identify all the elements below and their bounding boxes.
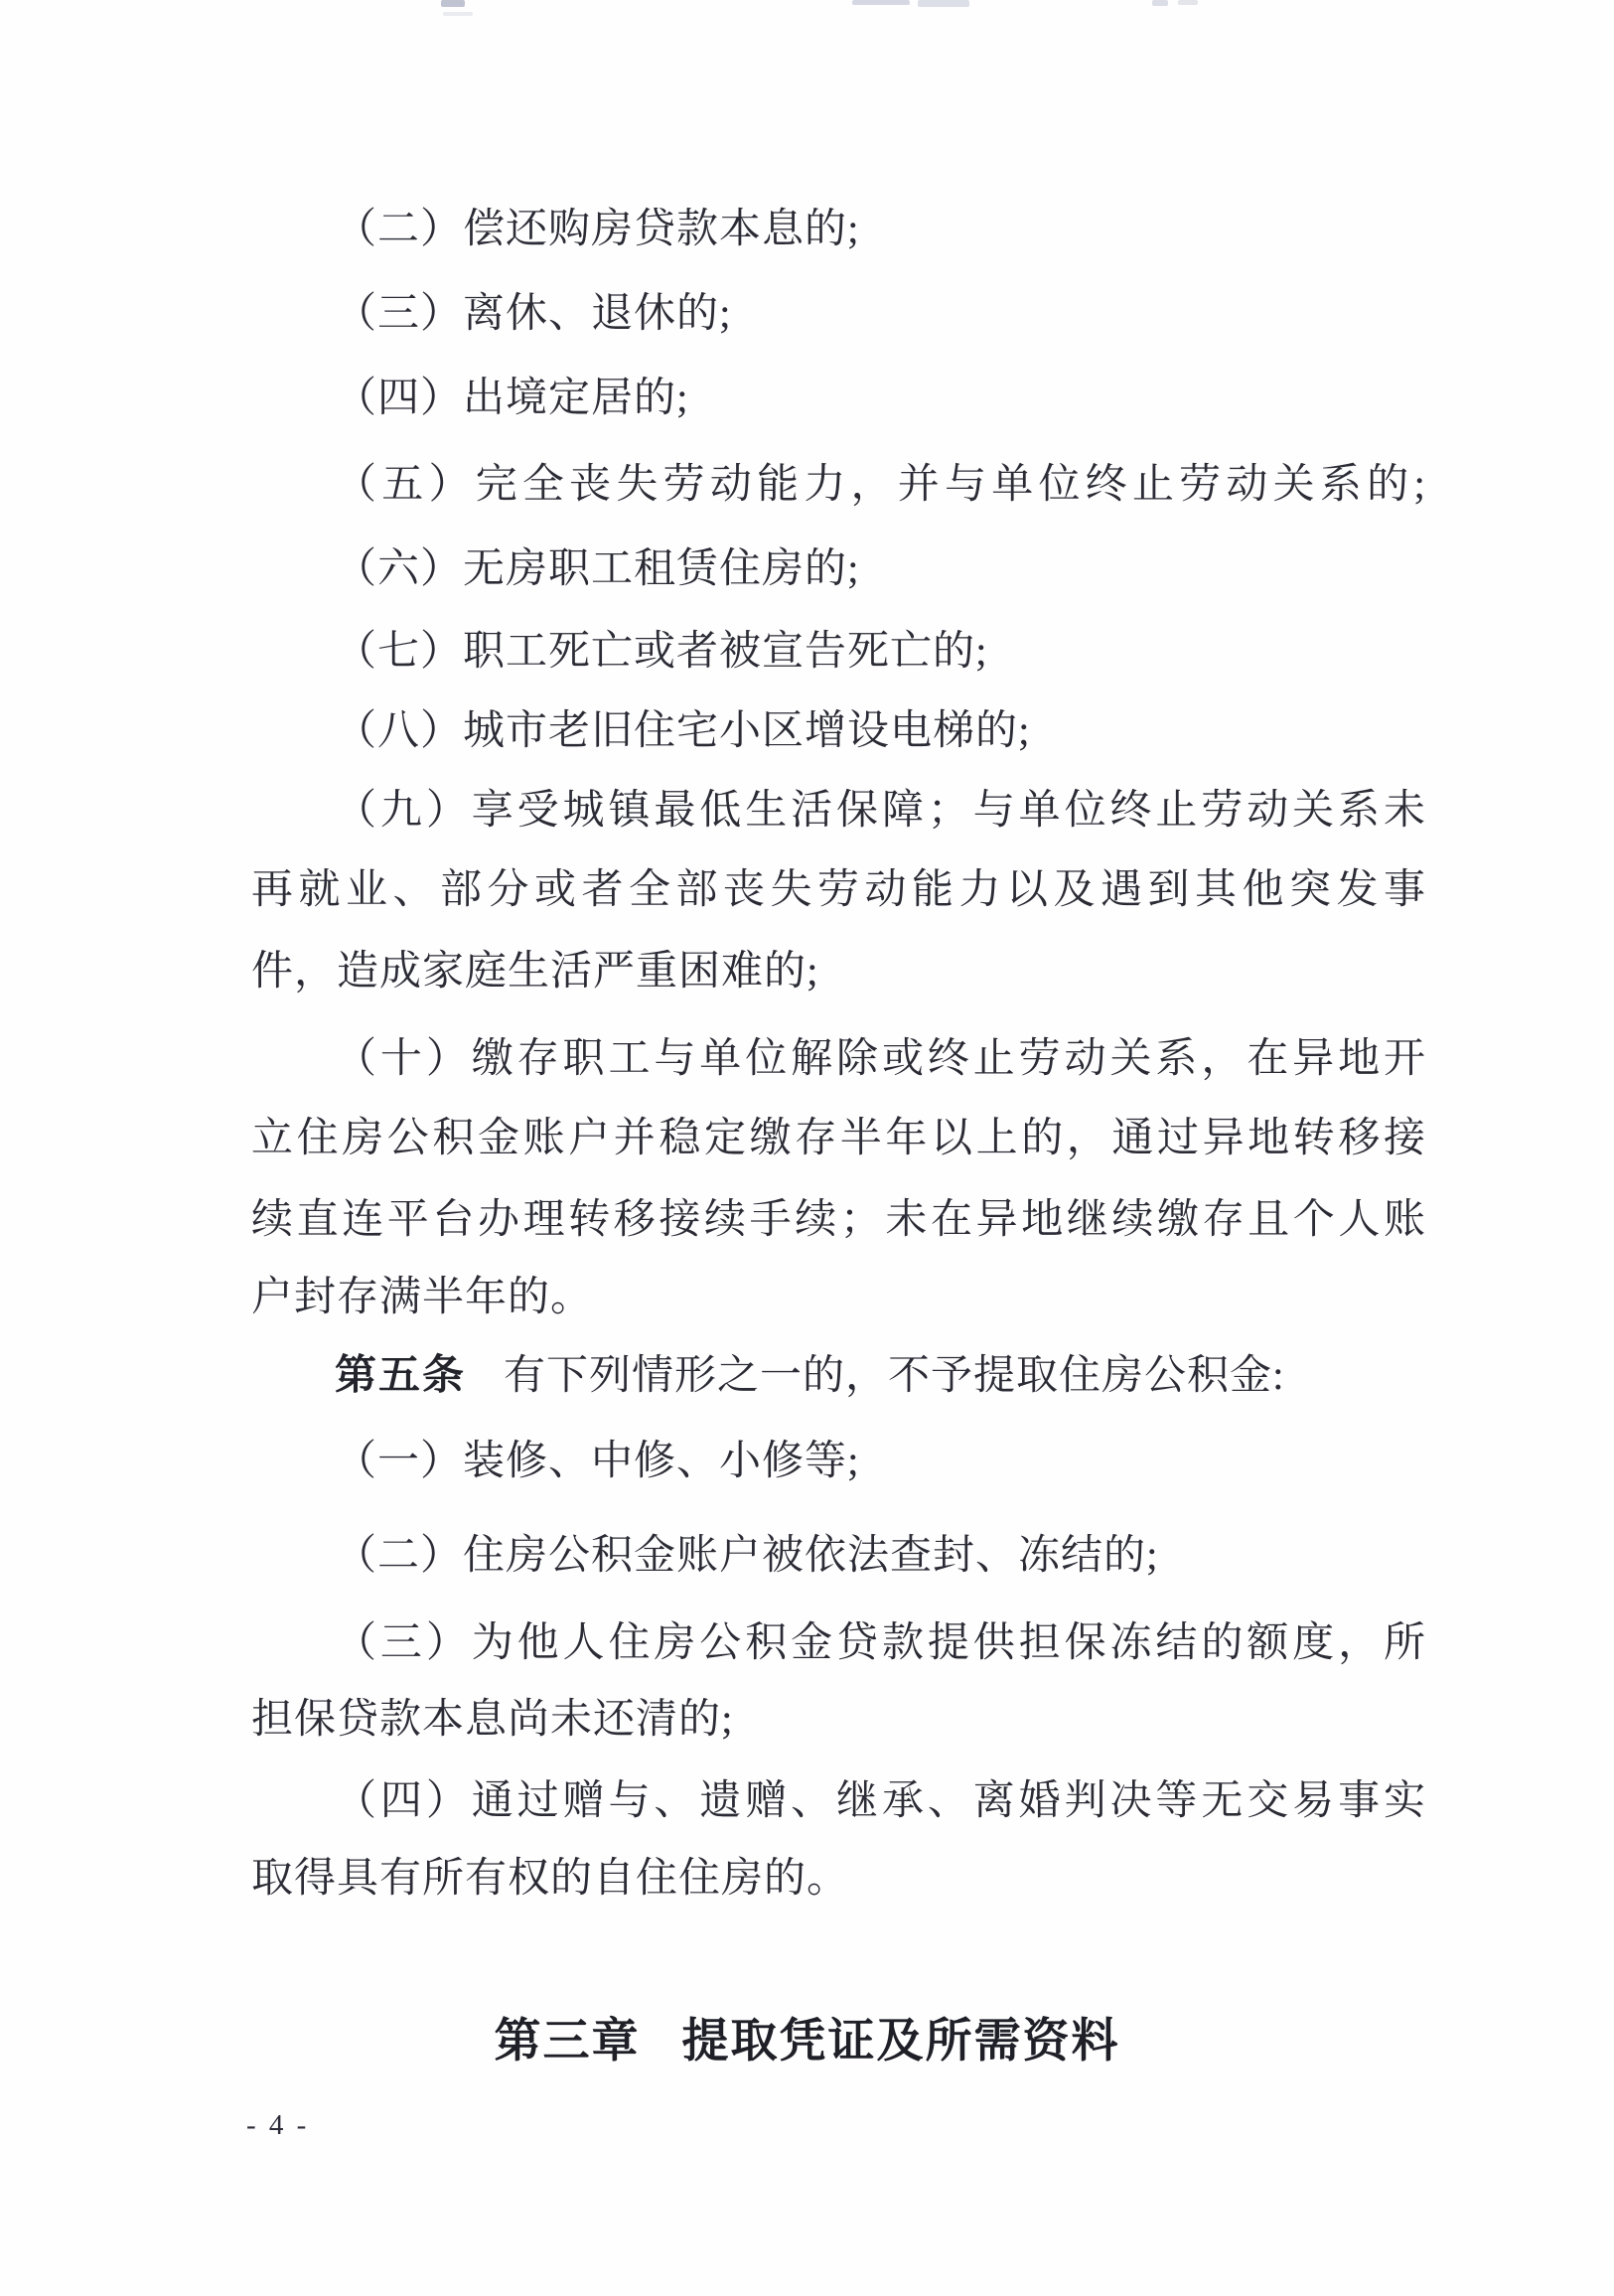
- document-line-item-5: （五）完全丧失劳动能力，并与单位终止劳动关系的;: [251, 459, 1425, 511]
- document-line-continuation: 续直连平台办理转移接续手续；未在异地继续缴存且个人账: [251, 1194, 1425, 1246]
- document-line-item-4b: （四）通过赠与、遗赠、继承、离婚判决等无交易事实: [251, 1775, 1425, 1827]
- document-line-item-2: （二）偿还购房贷款本息的;: [251, 204, 1425, 255]
- document-line-item-10: （十）缴存职工与单位解除或终止劳动关系，在异地开: [251, 1033, 1425, 1085]
- article-number-label: 第五条: [335, 1351, 466, 1398]
- document-line-item-7: （七）职工死亡或者被宣告死亡的;: [251, 626, 1425, 678]
- document-line-continuation: 件，造成家庭生活严重困难的;: [251, 946, 1425, 997]
- document-line-item-2b: （二）住房公积金账户被依法查封、冻结的;: [251, 1530, 1425, 1582]
- document-line-continuation: 担保贷款本息尚未还清的;: [251, 1694, 1425, 1746]
- document-line-continuation: 取得具有所有权的自住住房的。: [251, 1853, 1425, 1905]
- page-number: - 4 -: [246, 2108, 309, 2142]
- document-page: （二）偿还购房贷款本息的; （三）离休、退休的; （四）出境定居的; （五）完全…: [0, 0, 1614, 2296]
- document-line-item-6: （六）无房职工租赁住房的;: [251, 543, 1425, 595]
- document-line-item-3: （三）离休、退休的;: [251, 288, 1425, 340]
- document-line-article-5: 第五条有下列情形之一的，不予提取住房公积金:: [251, 1349, 1425, 1402]
- document-line-item-9: （九）享受城镇最低生活保障；与单位终止劳动关系未: [251, 785, 1425, 837]
- chapter-number: 第三章: [495, 2014, 641, 2066]
- article-text: 有下列情形之一的，不予提取住房公积金:: [504, 1353, 1285, 1399]
- document-line-continuation: 立住房公积金账户并稳定缴存半年以上的，通过异地转移接: [251, 1113, 1425, 1164]
- document-line-continuation: 户封存满半年的。: [251, 1272, 1425, 1323]
- chapter-title: 提取凭证及所需资料: [682, 2014, 1120, 2066]
- document-line-item-3b: （三）为他人住房公积金贷款提供担保冻结的额度，所: [251, 1617, 1425, 1669]
- document-line-item-4: （四）出境定居的;: [251, 373, 1425, 424]
- document-line-item-8: （八）城市老旧住宅小区增设电梯的;: [251, 705, 1425, 757]
- chapter-heading: 第三章提取凭证及所需资料: [0, 2013, 1614, 2068]
- document-line-continuation: 再就业、部分或者全部丧失劳动能力以及遇到其他突发事: [251, 864, 1425, 916]
- document-body: （二）偿还购房贷款本息的; （三）离休、退休的; （四）出境定居的; （五）完全…: [251, 0, 1425, 2296]
- document-line-item-1: （一）装修、中修、小修等;: [251, 1436, 1425, 1487]
